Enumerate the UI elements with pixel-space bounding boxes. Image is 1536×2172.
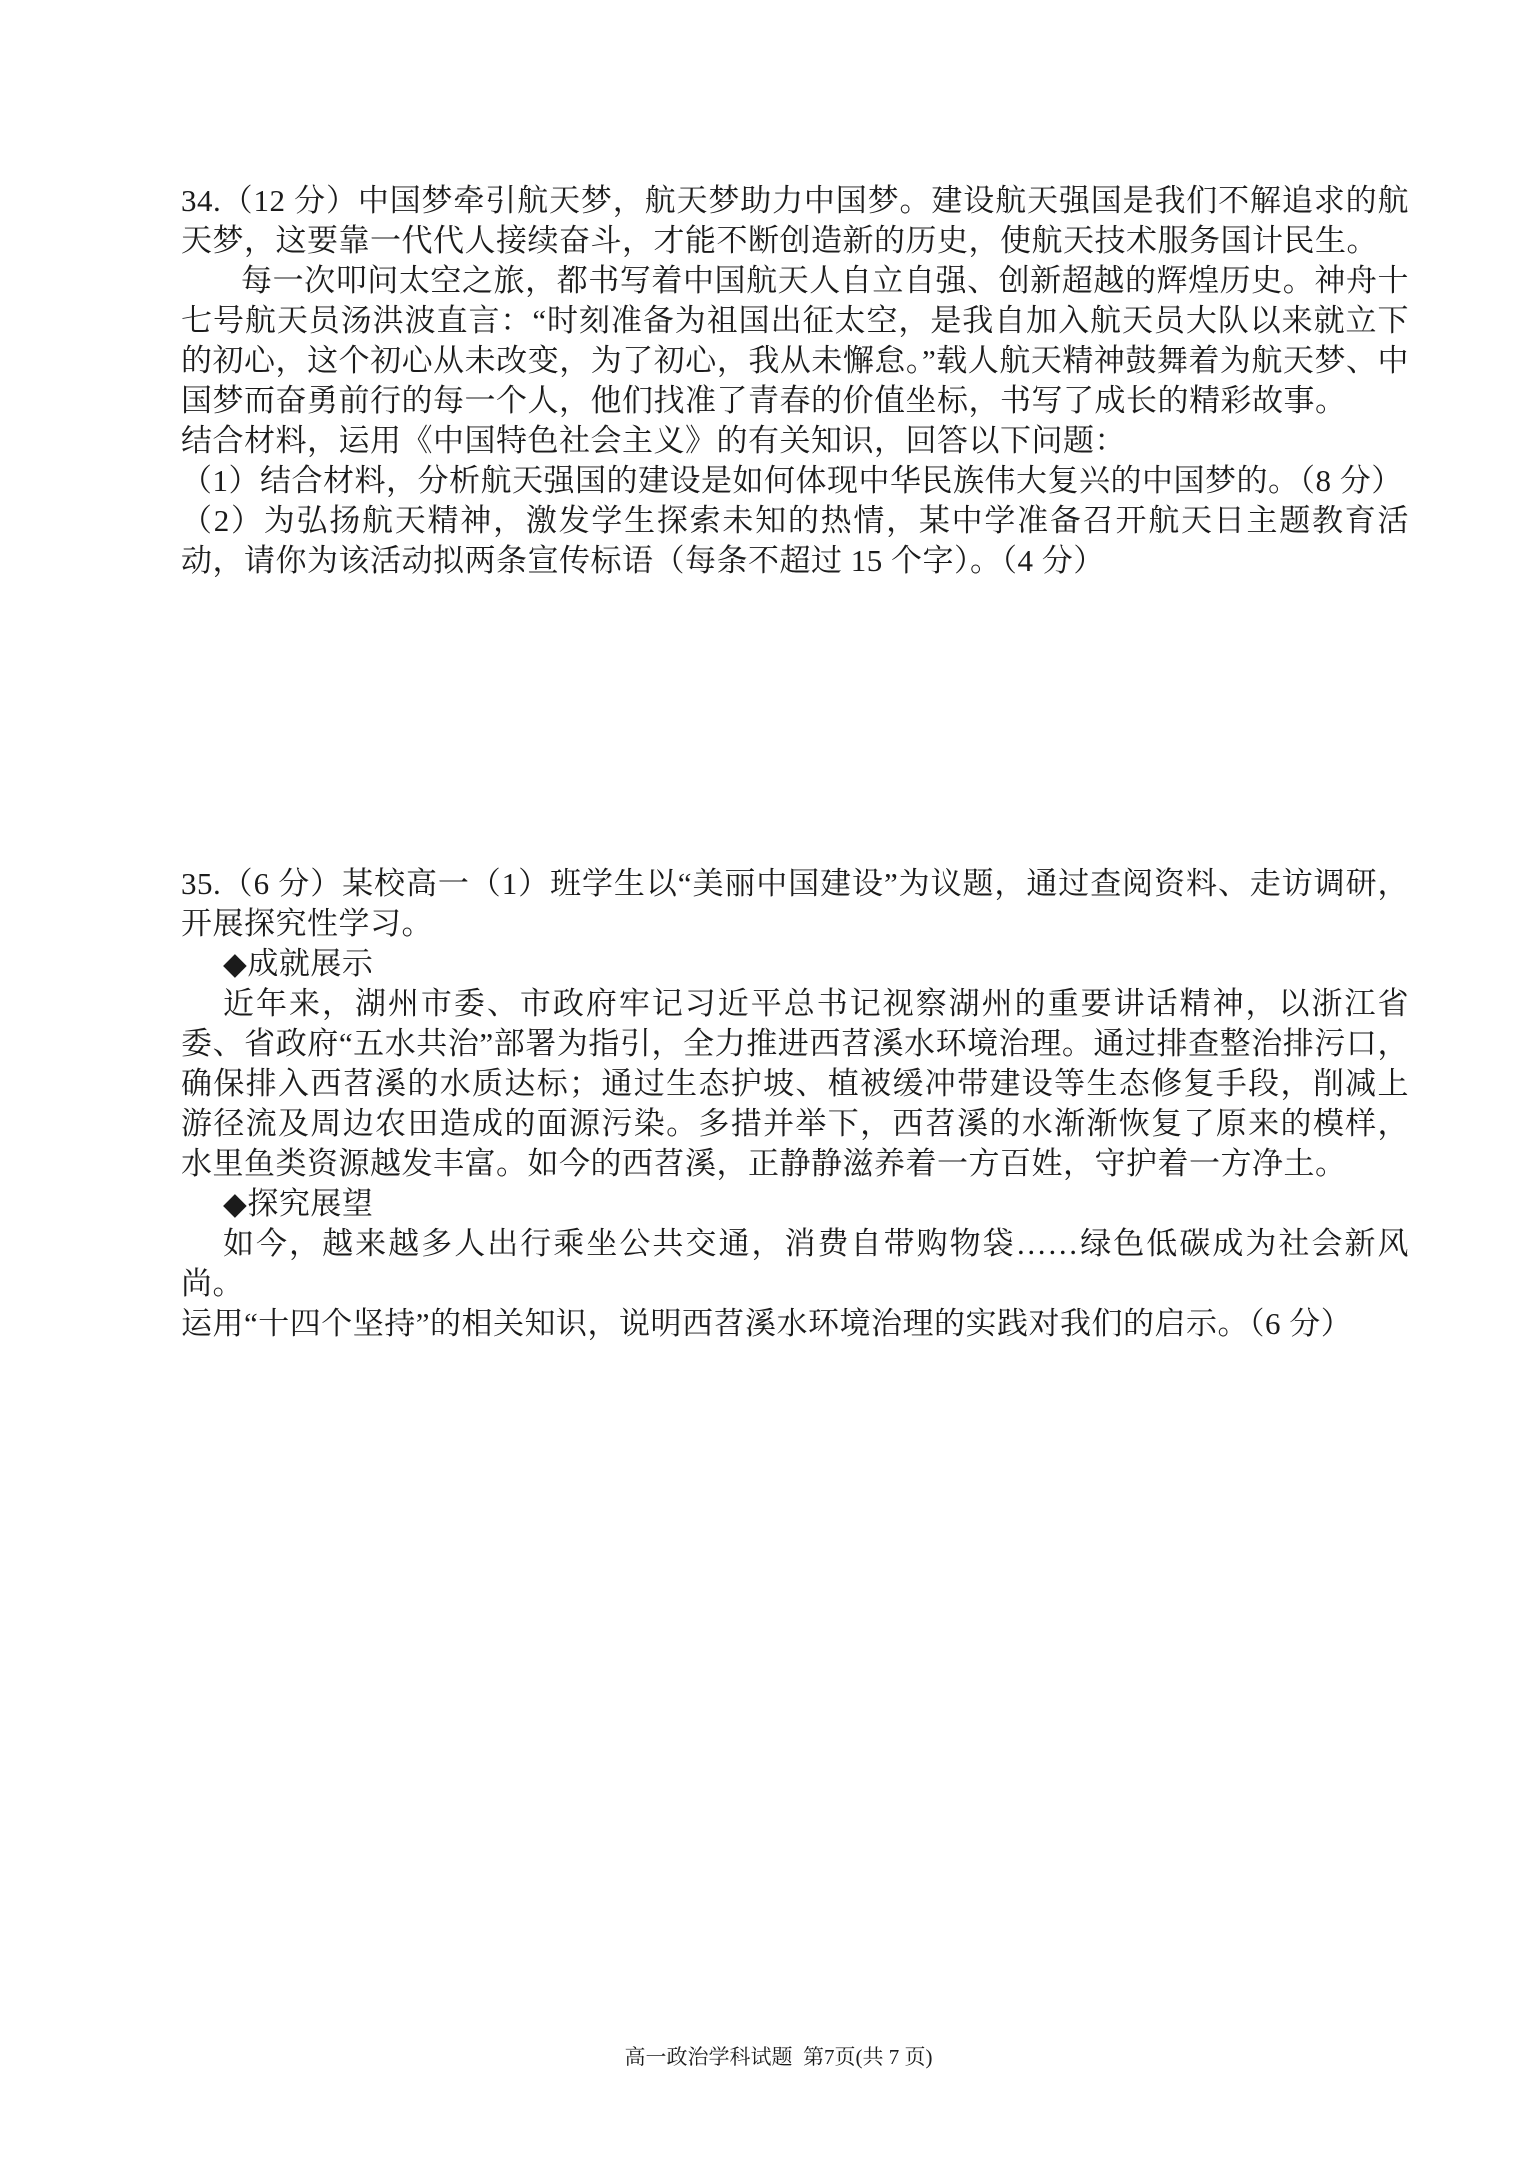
q35-task: 运用“十四个坚持”的相关知识，说明西苕溪水环境治理的实践对我们的启示。（6 分） xyxy=(181,1304,1409,1344)
page-footer-text: 高一政治学科试题 第7页(共 7 页) xyxy=(625,2045,933,2069)
q34-sub-question-1: （1）结合材料，分析航天强国的建设是如何体现中华民族伟大复兴的中国梦的。（8 分… xyxy=(181,461,1409,501)
q35-heading-achievement: ◆成就展示 xyxy=(181,944,1409,984)
page-footer: 高一政治学科试题 第7页(共 7 页) xyxy=(0,2012,1536,2102)
q34-material: 每一次叩问太空之旅，都书写着中国航天人自立自强、创新超越的辉煌历史。神舟十七号航… xyxy=(181,261,1409,421)
exam-page: 34.（12 分）中国梦牵引航天梦，航天梦助力中国梦。建设航天强国是我们不解追求… xyxy=(0,0,1536,2172)
q34-instruction: 结合材料，运用《中国特色社会主义》的有关知识，回答以下问题： xyxy=(181,421,1409,461)
q35-material-prospect: 如今，越来越多人出行乘坐公共交通，消费自带购物袋……绿色低碳成为社会新风尚。 xyxy=(181,1224,1409,1304)
question-35: 35.（6 分）某校高一（1）班学生以“美丽中国建设”为议题，通过查阅资料、走访… xyxy=(181,864,1409,1344)
q34-intro: 34.（12 分）中国梦牵引航天梦，航天梦助力中国梦。建设航天强国是我们不解追求… xyxy=(181,181,1409,261)
exam-content: 34.（12 分）中国梦牵引航天梦，航天梦助力中国梦。建设航天强国是我们不解追求… xyxy=(181,181,1409,1344)
question-34: 34.（12 分）中国梦牵引航天梦，航天梦助力中国梦。建设航天强国是我们不解追求… xyxy=(181,181,1409,581)
q35-heading-prospect: ◆探究展望 xyxy=(181,1184,1409,1224)
q35-intro: 35.（6 分）某校高一（1）班学生以“美丽中国建设”为议题，通过查阅资料、走访… xyxy=(181,864,1409,944)
q34-sub-question-2: （2）为弘扬航天精神，激发学生探索未知的热情，某中学准备召开航天日主题教育活动，… xyxy=(181,501,1409,581)
q35-material-achievement: 近年来，湖州市委、市政府牢记习近平总书记视察湖州的重要讲话精神，以浙江省委、省政… xyxy=(181,984,1409,1184)
